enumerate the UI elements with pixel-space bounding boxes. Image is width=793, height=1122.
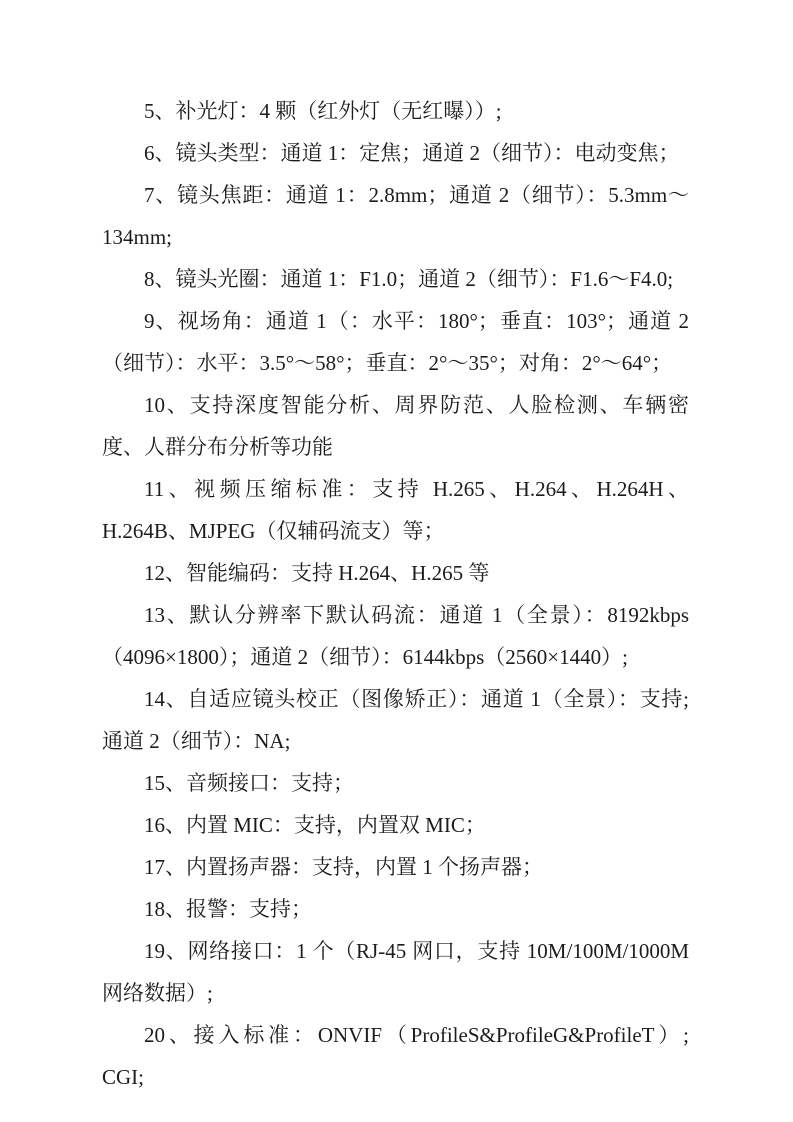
spec-item-8: 8、镜头光圈：通道 1：F1.0；通道 2（细节）：F1.6～F4.0; [102,258,689,300]
spec-item-20: 20、接入标准：ONVIF（ProfileS&ProfileG&ProfileT… [102,1014,689,1098]
spec-item-10: 10、支持深度智能分析、周界防范、人脸检测、车辆密度、人群分布分析等功能 [102,384,689,468]
spec-item-19: 19、网络接口：1 个（RJ-45 网口，支持 10M/100M/1000M 网… [102,930,689,1014]
spec-item-9: 9、视场角：通道 1（：水平：180°；垂直：103°；通道 2（细节）：水平：… [102,300,689,384]
spec-item-13: 13、默认分辨率下默认码流：通道 1（全景）：8192kbps（4096×180… [102,594,689,678]
spec-item-5: 5、补光灯：4 颗（红外灯（无红曝））; [102,90,689,132]
spec-item-18: 18、报警：支持； [102,888,689,930]
spec-item-11: 11、视频压缩标准：支持 H.265、H.264、H.264H、H.264B、M… [102,468,689,552]
spec-item-7: 7、镜头焦距：通道 1：2.8mm；通道 2（细节）：5.3mm～134mm; [102,174,689,258]
spec-item-14: 14、自适应镜头校正（图像矫正）：通道 1（全景）：支持;通道 2（细节）：NA… [102,678,689,762]
spec-item-16: 16、内置 MIC：支持，内置双 MIC； [102,804,689,846]
spec-item-6: 6、镜头类型：通道 1：定焦；通道 2（细节）：电动变焦； [102,132,689,174]
document-page: 5、补光灯：4 颗（红外灯（无红曝））; 6、镜头类型：通道 1：定焦；通道 2… [0,0,793,1122]
spec-item-15: 15、音频接口：支持； [102,762,689,804]
spec-item-12: 12、智能编码：支持 H.264、H.265 等 [102,552,689,594]
spec-item-17: 17、内置扬声器：支持，内置 1 个扬声器； [102,846,689,888]
